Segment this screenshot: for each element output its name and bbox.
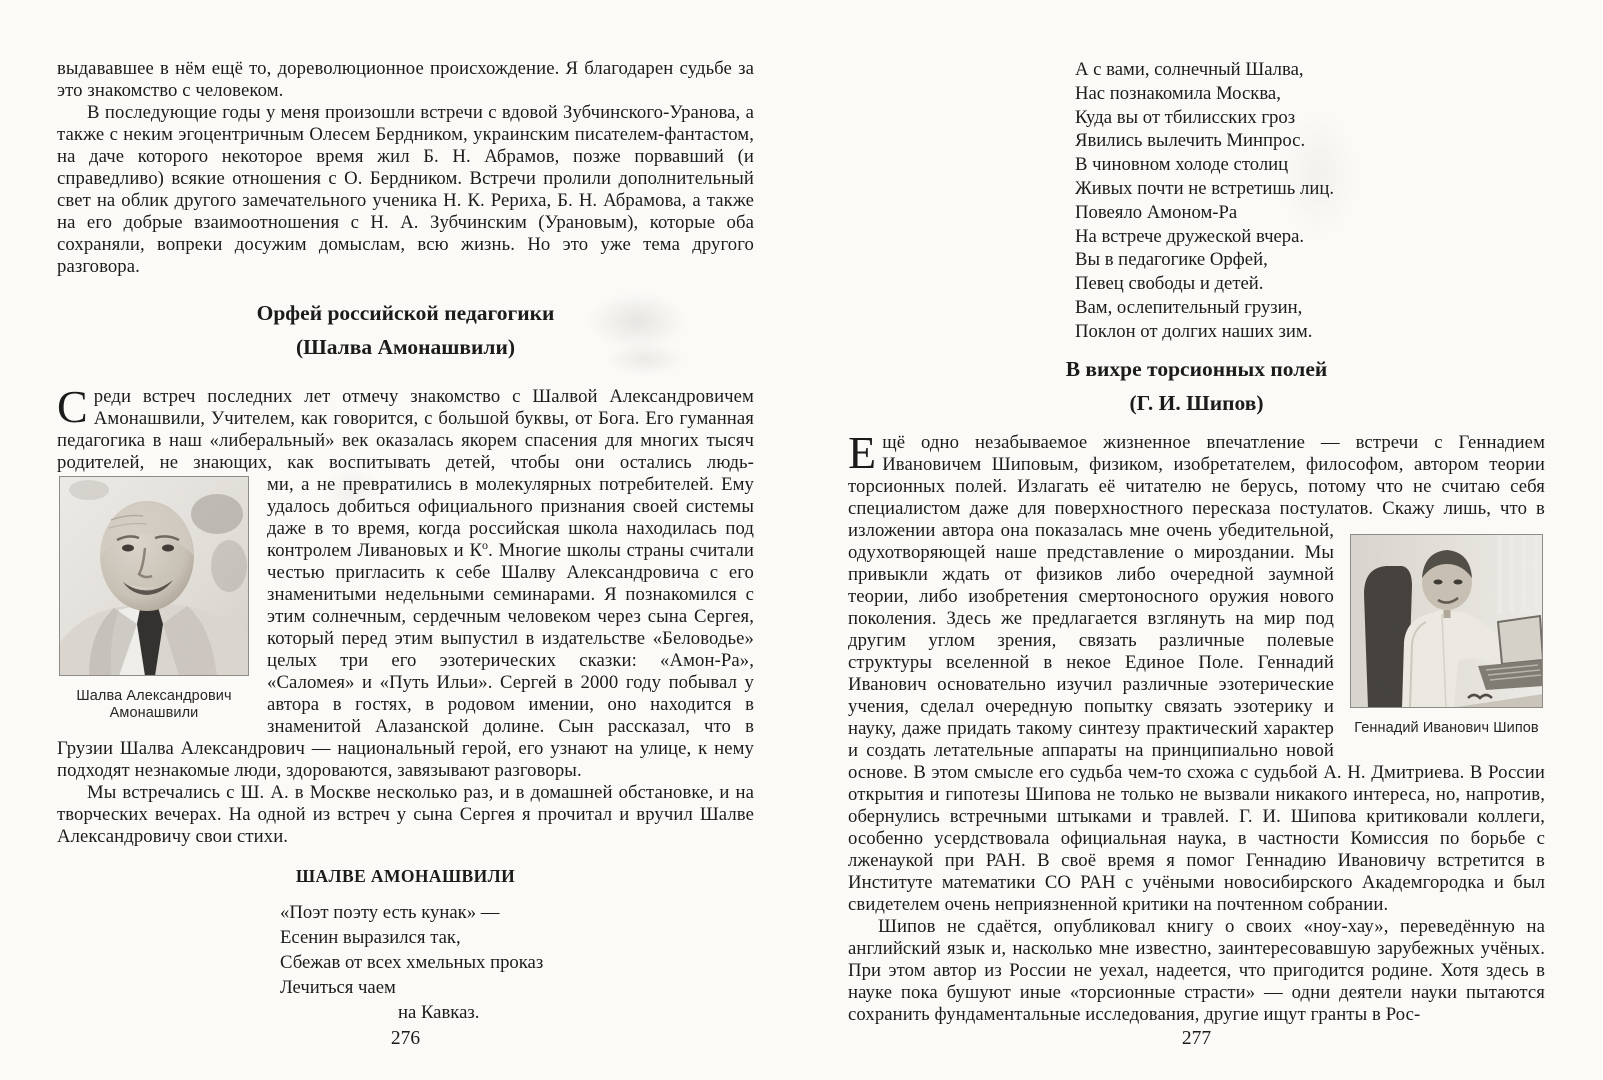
photo-caption-line2: Амонашвили xyxy=(59,705,249,722)
paragraph-continuation: выдававшее в нём ещё то, дореволюционное… xyxy=(57,58,754,102)
paragraph-shipov-wrap: Геннадий Иванович Шипов изложении автора… xyxy=(848,520,1545,916)
poem-line: Живых почти не встретишь лиц. xyxy=(1075,177,1545,201)
section-heading-line2: (Шалва Амонашвили) xyxy=(57,330,754,364)
poem-line: Куда вы от тбилисских гроз xyxy=(1075,106,1545,130)
section-heading-amonashvili: Орфей российской педагогики (Шалва Амона… xyxy=(57,296,754,364)
poem-amonashvili: «Поэт поэту есть кунак» —Есенин выразилс… xyxy=(280,900,754,1000)
paragraph-text: реди встреч последних лет отмечу знакомс… xyxy=(57,386,754,473)
section-heading-line2: (Г. И. Шипов) xyxy=(848,386,1545,420)
paragraph-shipov-start: Ещё одно незабываемое жизненное впечатле… xyxy=(848,432,1545,520)
poem-shalva-dedication: А с вами, солнечный Шалва,Нас познакомил… xyxy=(1075,58,1545,344)
paragraph-meetings: В последующие годы у меня произошли встр… xyxy=(57,102,754,278)
paragraph-amonashvili-wrap: Шалва Александрович Амонашвили ми, а не … xyxy=(57,474,754,782)
poem-line: Нас познакомила Москва, xyxy=(1075,82,1545,106)
page-number-left: 276 xyxy=(57,1028,754,1050)
left-page: выдававшее в нём ещё то, дореволюционное… xyxy=(57,0,754,1080)
paragraph-shipov-final: Шипов не сдаётся, опубликовал книгу о св… xyxy=(848,916,1545,1026)
poem-line: В чиновном холоде столиц xyxy=(1075,153,1545,177)
shipov-photo-caption: Геннадий Иванович Шипов xyxy=(1350,720,1543,737)
amonashvili-photo-caption: Шалва Александрович Амонашвили xyxy=(59,688,249,722)
paragraph-text: щё одно незабываемое жизненное впечатлен… xyxy=(848,432,1545,519)
poem-title: ШАЛВЕ АМОНАШВИЛИ xyxy=(57,866,754,886)
poem-line: «Поэт поэту есть кунак» — xyxy=(280,900,754,925)
poem-line: Вы в педагогике Орфей, xyxy=(1075,248,1545,272)
poem-line: Сбежав от всех хмельных проказ xyxy=(280,950,754,975)
poem-line: Лечиться чаем xyxy=(280,975,754,1000)
shipov-figure: Геннадий Иванович Шипов xyxy=(1350,534,1543,737)
section-heading-shipov: В вихре торсионных полей (Г. И. Шипов) xyxy=(848,352,1545,420)
poem-line: Явились вылечить Минпрос. xyxy=(1075,129,1545,153)
poem-line: А с вами, солнечный Шалва, xyxy=(1075,58,1545,82)
amonashvili-photo xyxy=(59,476,249,676)
poem-line-indented: на Кавказ. xyxy=(398,1000,754,1025)
amonashvili-figure: Шалва Александрович Амонашвили xyxy=(59,476,249,722)
paragraph-poems-intro: Мы встречались с Ш. А. в Москве нескольк… xyxy=(57,782,754,848)
paragraph-amonashvili-start: Среди встреч последних лет отмечу знаком… xyxy=(57,386,754,474)
section-heading-line1: Орфей российской педагогики xyxy=(57,296,754,330)
right-page: А с вами, солнечный Шалва,Нас познакомил… xyxy=(848,0,1545,1080)
section-heading-line1: В вихре торсионных полей xyxy=(848,352,1545,386)
poem-line: Есенин выразился так, xyxy=(280,925,754,950)
page-number-right: 277 xyxy=(848,1028,1545,1050)
shipov-photo xyxy=(1350,534,1543,708)
photo-caption-line1: Шалва Александрович xyxy=(59,688,249,705)
poem-line: Вам, ослепительный грузин, xyxy=(1075,296,1545,320)
poem-line: Повеяло Амоном-Ра xyxy=(1075,201,1545,225)
drop-cap-s: С xyxy=(57,386,94,427)
poem-line: Поклон от долгих наших зим. xyxy=(1075,320,1545,344)
drop-cap-e: Е xyxy=(848,432,882,473)
poem-line: Певец свободы и детей. xyxy=(1075,272,1545,296)
poem-line: На встрече дружеской вчера. xyxy=(1075,225,1545,249)
book-spread: выдававшее в нём ещё то, дореволюционное… xyxy=(0,0,1603,1080)
